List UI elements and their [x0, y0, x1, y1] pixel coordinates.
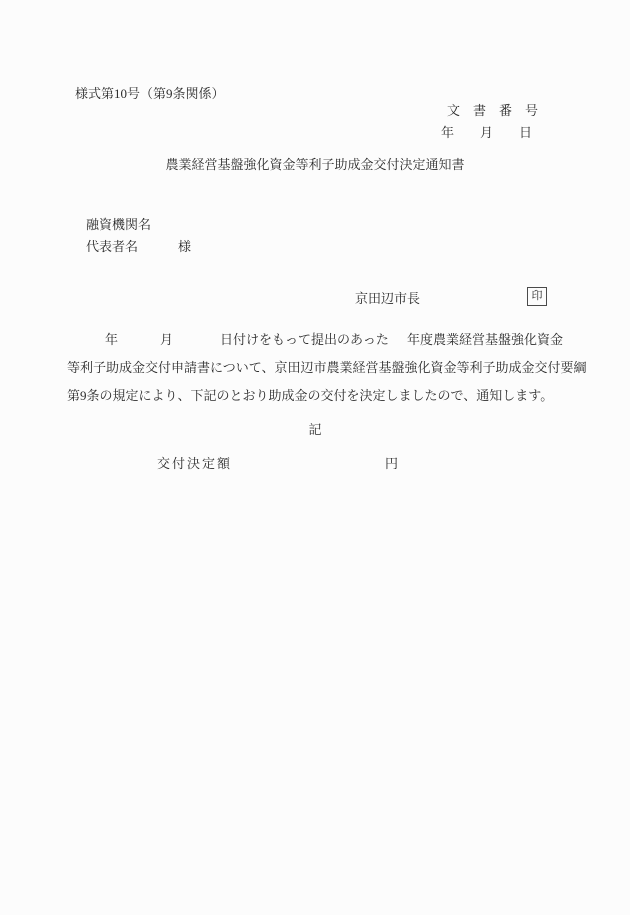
- document-page: 様式第10号（第9条関係） 文 書 番 号 年 月 日 農業経営基盤強化資金等利…: [0, 0, 630, 915]
- document-title: 農業経営基盤強化資金等利子助成金交付決定通知書: [0, 157, 630, 173]
- institution-label: 融資機関名: [86, 217, 151, 233]
- body-line1-month: 月: [160, 332, 173, 348]
- honorific-label: 様: [178, 239, 191, 254]
- body-line1-year: 年: [105, 332, 118, 348]
- body-line1-fiscal: 年度農業経営基盤強化資金: [407, 332, 563, 348]
- seal-stamp: 印: [527, 287, 547, 306]
- mayor-name: 京田辺市長: [355, 291, 420, 307]
- form-number: 様式第10号（第9条関係）: [75, 86, 225, 102]
- record-marker: 記: [0, 422, 630, 438]
- grant-amount-unit: 円: [385, 456, 398, 472]
- date-line: 年 月 日: [441, 125, 532, 141]
- grant-amount-label: 交付決定額: [157, 456, 232, 472]
- doc-number-label: 文 書 番 号: [447, 103, 538, 119]
- body-line3: 第9条の規定により、下記のとおり助成金の交付を決定しましたので、通知します。: [67, 388, 553, 404]
- body-line1-submitted: 日付けをもって提出のあった: [220, 332, 389, 348]
- representative-label: 代表者名: [86, 239, 138, 254]
- representative-line: 代表者名様: [86, 239, 191, 255]
- body-line2: 等利子助成金交付申請書について、京田辺市農業経営基盤強化資金等利子助成金交付要綱: [67, 360, 586, 376]
